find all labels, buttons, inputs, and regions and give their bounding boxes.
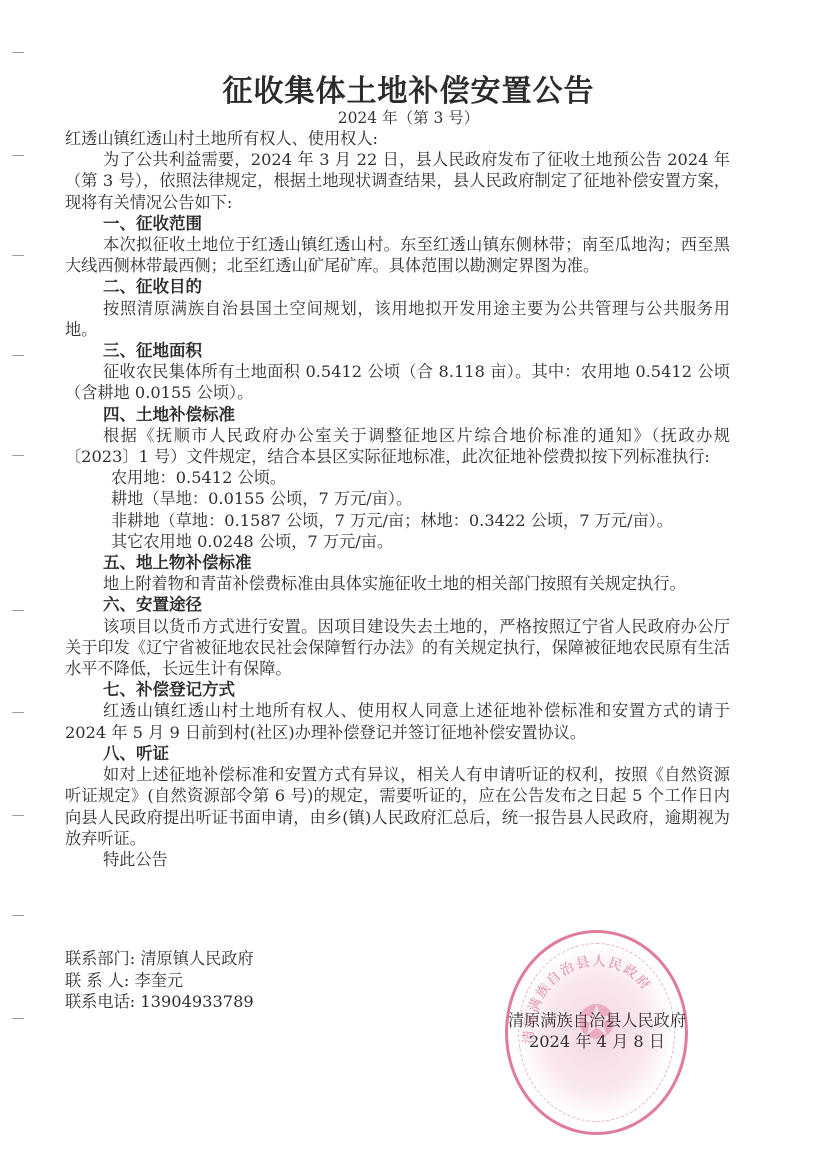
standard-item: 其它农用地 0.0248 公顷，7 万元/亩。 — [65, 531, 730, 552]
section-paragraph: 征收农民集体所有土地面积 0.5412 公顷（合 8.118 亩）。其中：农用地… — [65, 361, 730, 403]
standard-item: 耕地（旱地：0.0155 公顷，7 万元/亩）。 — [65, 488, 730, 509]
margin-mark — [12, 255, 24, 256]
contact-department: 联系部门: 清原镇人民政府 — [65, 948, 254, 970]
contact-block: 联系部门: 清原镇人民政府 联 系 人: 李奎元 联系电话: 139049337… — [65, 948, 254, 1013]
contact-phone-value: 13904933789 — [140, 992, 253, 1011]
section-paragraph: 按照清原满族自治县国土空间规划，该用地拟开发用途主要为公共管理与公共服务用地。 — [65, 298, 730, 340]
document-body: 红透山镇红透山村土地所有权人、使用权人: 为了公共利益需要，2024 年 3 月… — [65, 128, 730, 870]
section-heading-attachments: 五、地上物补偿标准 — [65, 552, 730, 573]
margin-mark — [12, 1018, 24, 1019]
section-paragraph: 地上附着物和青苗补偿费标准由具体实施征收土地的相关部门按照有关规定执行。 — [65, 573, 730, 594]
margin-mark — [12, 610, 24, 611]
issue-date: 2024 年 4 月 8 日 — [472, 1031, 722, 1052]
closing-text: 特此公告 — [65, 849, 730, 870]
section-paragraph: 本次拟征收土地位于红透山镇红透山村。东至红透山镇东侧林带；南至瓜地沟；西至黑大线… — [65, 234, 730, 276]
margin-mark — [12, 355, 24, 356]
margin-mark — [12, 915, 24, 916]
standard-item: 非耕地（草地：0.1587 公顷，7 万元/亩；林地：0.3422 公顷，7 万… — [65, 510, 730, 531]
section-heading-registration: 七、补偿登记方式 — [65, 679, 730, 700]
section-heading-compensation-standard: 四、土地补偿标准 — [65, 404, 730, 425]
section-heading-scope: 一、征收范围 — [65, 213, 730, 234]
section-heading-area: 三、征地面积 — [65, 340, 730, 361]
addressee: 红透山镇红透山村土地所有权人、使用权人: — [65, 128, 730, 149]
contact-person-label: 联 系 人: — [65, 971, 129, 990]
contact-phone-label: 联系电话: — [65, 992, 135, 1011]
contact-department-label: 联系部门: — [65, 949, 135, 968]
margin-mark — [12, 815, 24, 816]
margin-mark — [12, 155, 24, 156]
margin-mark — [12, 52, 24, 53]
section-paragraph: 根据《抚顺市人民政府办公室关于调整征地区片综合地价标准的通知》（抚政办规〔202… — [65, 425, 730, 467]
contact-person-value: 李奎元 — [134, 971, 183, 990]
issuer-name: 清原满族自治县人民政府 — [472, 1010, 722, 1031]
section-heading-resettlement: 六、安置途径 — [65, 594, 730, 615]
section-heading-purpose: 二、征收目的 — [65, 276, 730, 297]
section-heading-hearing: 八、听证 — [65, 743, 730, 764]
section-paragraph: 如对上述征地补偿标准和安置方式有异议，相关人有申请听证的权利，按照《自然资源听证… — [65, 764, 730, 849]
signature-block: 清原满族自治县人民政府 2024 年 4 月 8 日 — [472, 1010, 722, 1052]
contact-phone: 联系电话: 13904933789 — [65, 991, 254, 1013]
section-paragraph: 该项目以货币方式进行安置。因项目建设失去土地的，严格按照辽宁省人民政府办公厅关于… — [65, 616, 730, 680]
document-number: 2024 年（第 3 号） — [0, 108, 817, 128]
document-title: 征收集体土地补偿安置公告 — [0, 74, 817, 110]
margin-mark — [12, 712, 24, 713]
section-paragraph: 红透山镇红透山村土地所有权人、使用权人同意上述征地补偿标准和安置方式的请于 20… — [65, 700, 730, 742]
intro-paragraph: 为了公共利益需要，2024 年 3 月 22 日，县人民政府发布了征收土地预公告… — [65, 149, 730, 213]
standard-item: 农用地：0.5412 公顷。 — [65, 467, 730, 488]
contact-department-value: 清原镇人民政府 — [140, 949, 253, 968]
margin-mark — [12, 455, 24, 456]
contact-person: 联 系 人: 李奎元 — [65, 970, 254, 992]
